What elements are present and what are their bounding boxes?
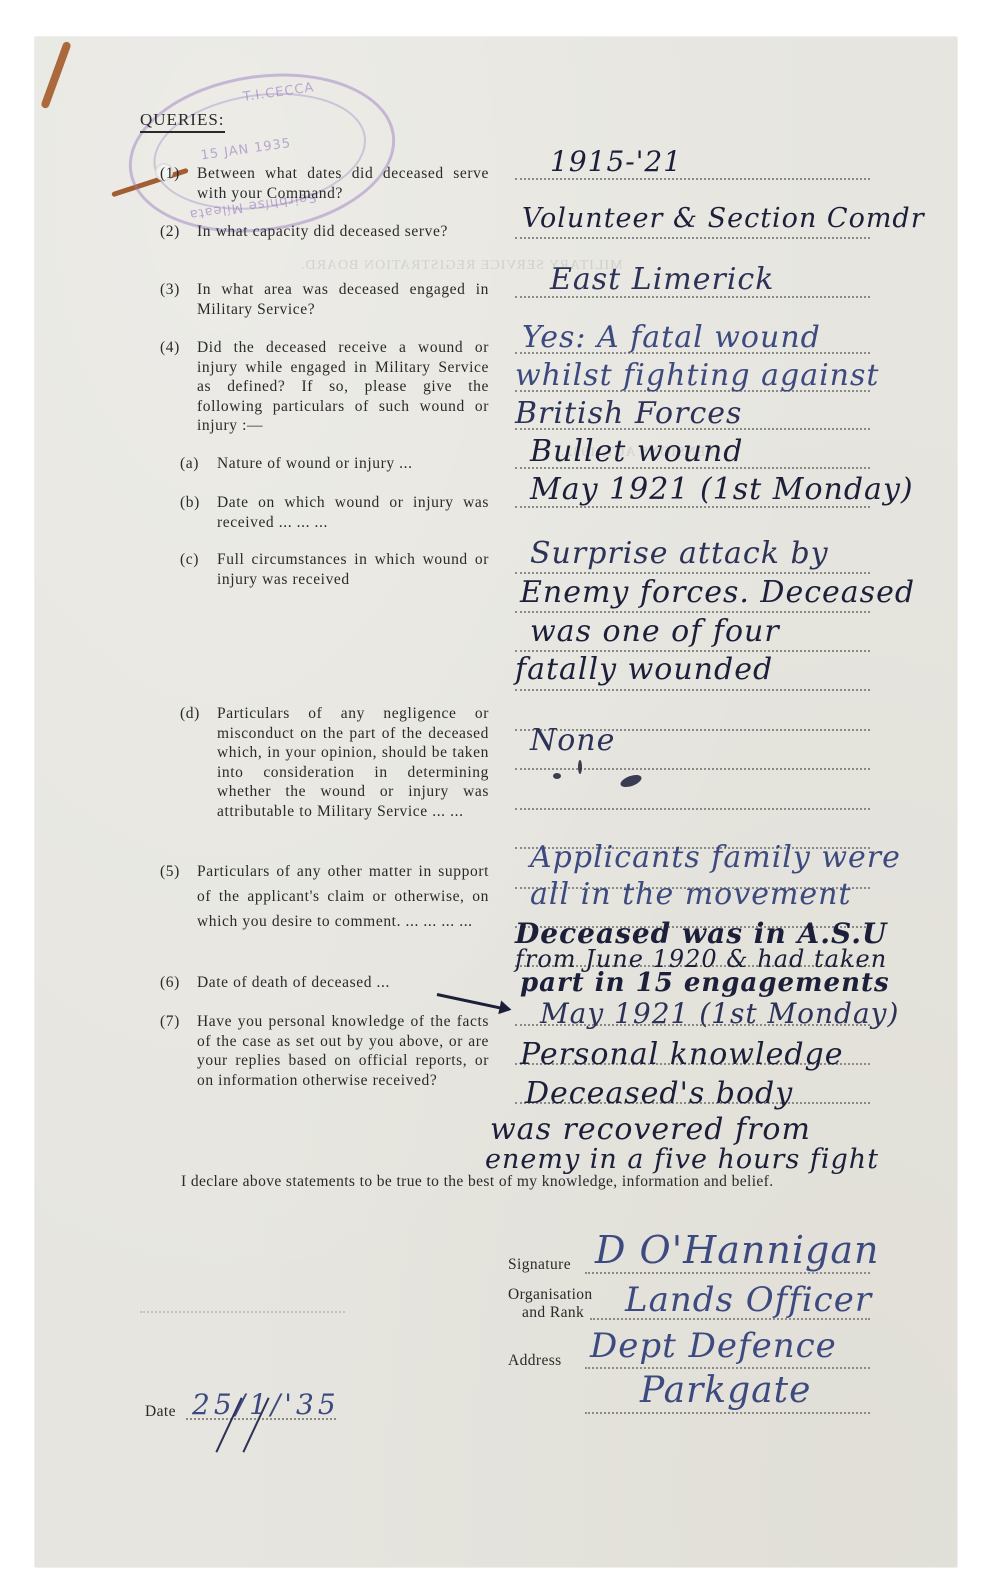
query-text: In what area was deceased engaged in Mil…	[197, 280, 489, 319]
answer-2: Volunteer & Section Comdr	[522, 203, 925, 234]
address-line-2-rule	[585, 1412, 870, 1414]
answer-line	[515, 178, 870, 180]
answer-7-line-1: Personal knowledge	[520, 1037, 843, 1072]
query-text: Between what dates did deceased serve wi…	[197, 164, 489, 203]
answer-4c-line-3: was one of four	[530, 614, 780, 649]
address-line-2: Parkgate	[640, 1370, 811, 1411]
declaration-statement: I declare above statements to be true to…	[143, 1173, 774, 1190]
answer-4c-line-1: Surprise attack by	[530, 536, 829, 571]
answer-6: May 1921 (1st Monday)	[540, 997, 899, 1030]
answer-4c-line-4: fatally wounded	[515, 652, 773, 687]
signature-line	[585, 1272, 870, 1274]
answer-7-line-2: Deceased's body	[525, 1076, 793, 1111]
ink-blot	[578, 760, 582, 774]
answer-line	[515, 572, 870, 574]
signature-label: Signature	[508, 1256, 571, 1274]
answer-5-line-1: Applicants family were	[530, 840, 901, 875]
query-number: (1)	[160, 164, 180, 184]
answer-line	[515, 808, 870, 810]
ink-blot	[553, 773, 561, 779]
rank-label: and Rank	[522, 1304, 584, 1322]
query-text: Particulars of any other matter in suppo…	[197, 859, 489, 934]
address-label: Address	[508, 1352, 562, 1370]
address-line-1: Dept Defence	[590, 1326, 837, 1366]
answer-5-line-5: part in 15 engagements	[520, 968, 890, 998]
query-text: Have you personal knowledge of the facts…	[197, 1012, 489, 1090]
query-number: (7)	[160, 1012, 180, 1032]
query-number: (5)	[160, 859, 180, 884]
answer-4a: Bullet wound	[530, 434, 744, 469]
answer-7-line-3: was recovered from	[490, 1112, 811, 1147]
date-label: Date	[145, 1403, 176, 1421]
query-text: Particulars of any negligence or miscond…	[217, 704, 489, 821]
answer-7-line-4: enemy in a five hours fight	[485, 1144, 879, 1175]
answer-line	[515, 689, 870, 691]
page-title: QUERIES:	[140, 110, 225, 133]
query-number: (6)	[160, 973, 180, 993]
answer-line	[515, 237, 870, 239]
answer-4-line-1: Yes: A fatal wound	[522, 320, 821, 355]
query-number: (4)	[160, 338, 180, 358]
answer-4-line-3: British Forces	[515, 396, 742, 431]
query-number: (d)	[180, 704, 200, 724]
declaration-text: I declare above statements to be true to…	[143, 1172, 878, 1192]
answer-4-line-2: whilst fighting against	[515, 358, 879, 393]
query-text: Did the deceased receive a wound or inju…	[197, 338, 489, 436]
query-text: Full circumstances in which wound or inj…	[217, 550, 489, 589]
answer-3: East Limerick	[550, 262, 774, 297]
query-text: Nature of wound or injury ...	[217, 454, 489, 474]
query-number: (b)	[180, 493, 200, 513]
query-text: Date on which wound or injury was receiv…	[217, 493, 489, 532]
answer-4d: None	[530, 723, 615, 758]
organisation-value: Lands Officer	[625, 1280, 872, 1320]
faint-signature-line	[140, 1311, 345, 1313]
query-number: (2)	[160, 222, 180, 242]
query-number: (3)	[160, 280, 180, 300]
answer-4b: May 1921 (1st Monday)	[530, 472, 914, 507]
answer-5-line-2: all in the movement	[530, 877, 852, 912]
answer-line	[515, 768, 870, 770]
signature-value: D O'Hannigan	[595, 1228, 880, 1272]
answer-1: 1915-'21	[550, 145, 682, 178]
query-number: (a)	[180, 454, 199, 474]
query-number: (c)	[180, 550, 199, 570]
query-text: Date of death of deceased ...	[197, 973, 489, 993]
address-line	[585, 1367, 870, 1369]
organisation-label: Organisation	[508, 1286, 593, 1304]
answer-4c-line-2: Enemy forces. Deceased	[520, 575, 915, 610]
answer-line	[515, 611, 870, 613]
query-text: In what capacity did deceased serve?	[197, 222, 489, 242]
